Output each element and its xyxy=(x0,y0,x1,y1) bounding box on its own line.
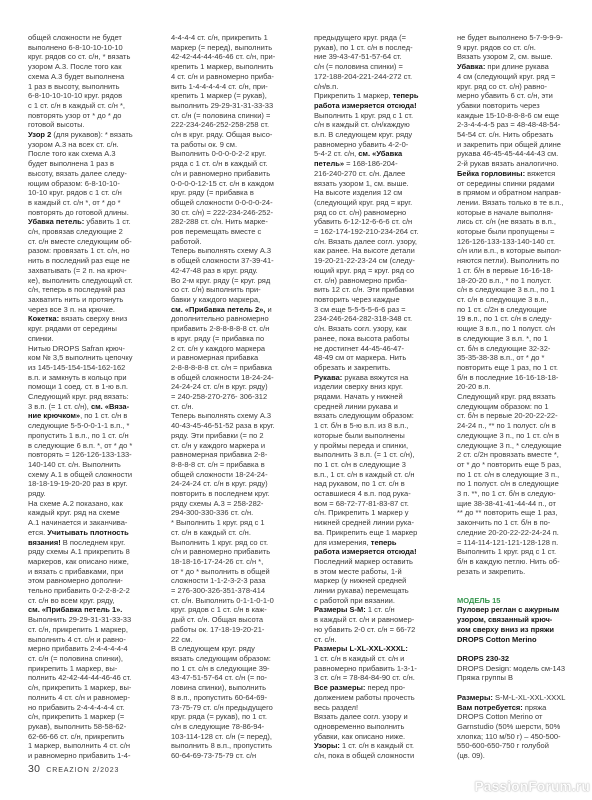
text-run: В последнем круг. ряду схемы А.1 прикреп… xyxy=(28,538,130,605)
text-column-2: 4-4-4-4 ст. с/н, прикрепить 1 маркер (= … xyxy=(171,33,305,761)
text-run: Последний маркер оставить в этом месте р… xyxy=(314,557,413,605)
bold-text-run: Узоры: xyxy=(314,741,340,750)
text-run: = 168-186-204- 216-240-270 ст. с/н. Дале… xyxy=(314,159,419,372)
text-run: , по 1 ст. с/н в следующие 5-5-0-0-1-1 в… xyxy=(28,411,132,536)
bold-text-run: см. «Прибавка петель 1». xyxy=(28,605,122,614)
bold-text-run: DROPS 230-32 xyxy=(457,654,509,663)
text-run: 4-4-4-4 ст. с/н, прикрепить 1 маркер (= … xyxy=(171,33,275,304)
bold-text-run: Узор 2 xyxy=(28,130,51,139)
text-run: предыдущего круг. ряда (= рукав), по 1 с… xyxy=(314,33,413,100)
text-run: 1 ст. с/н в каждый ст. с/н и равномерно … xyxy=(314,654,417,682)
bold-text-run: Убавка: xyxy=(457,62,485,71)
text-column-3: предыдущего круг. ряда (= рукав), по 1 с… xyxy=(314,33,448,761)
text-run: (для рукавов): * вязать узором А.3 на вс… xyxy=(28,130,133,217)
bold-text-run: Размеры: xyxy=(457,693,493,702)
text-run: при длине рукава 4 см (следующий круг. р… xyxy=(457,62,561,168)
bold-text-run: Размеры S-M: xyxy=(314,605,366,614)
text-run: убавить 1 ст. с/н, провязав следующие 2 … xyxy=(28,217,133,313)
text-run: Выполнить 29-29-31-31-33-33 ст. с/н, при… xyxy=(28,615,131,760)
text-run: DROPS Design: модель см-143 Пряжа группы… xyxy=(457,664,565,683)
text-run: вязать сверху вниз круг. рядами от серед… xyxy=(28,314,132,410)
text-column-1: общей сложности не будет выполнено 6-8-1… xyxy=(28,33,162,761)
bold-text-run: Все размеры: xyxy=(314,683,365,692)
page-number: 30 xyxy=(28,763,40,775)
watermark-text: PassionForum.ru xyxy=(474,779,590,794)
text-run: общей сложности не будет выполнено 6-8-1… xyxy=(28,33,130,129)
bold-text-run: Кокетка: xyxy=(28,314,59,323)
magazine-title: CREAZION 2/2023 xyxy=(46,767,119,774)
magazine-page: общей сложности не будет выполнено 6-8-1… xyxy=(0,0,592,800)
bold-text-run: Убавка петель: xyxy=(28,217,84,226)
bold-text-run: Рукава: xyxy=(314,373,342,382)
bold-text-run: см. «Прибавка петель 2», xyxy=(171,305,265,314)
page-footer: 30 CREAZION 2/2023 xyxy=(28,763,119,775)
section-heading: МОДЕЛЬ 15 xyxy=(457,596,500,605)
text-run: рукава вяжутся на изделии сверху вниз кр… xyxy=(314,373,417,547)
bold-text-run: Пуловер реглан с ажурным узором, связанн… xyxy=(457,605,559,643)
text-run: не будет выполнено 5-7-9-9-9- 9 круг. ря… xyxy=(457,33,563,61)
text-column-4: не будет выполнено 5-7-9-9-9- 9 круг. ря… xyxy=(457,33,591,761)
text-run: и дополнительно равномерно прибавить 2-8… xyxy=(171,305,275,760)
bold-text-run: Бейка горловины: xyxy=(457,169,525,178)
text-run: вяжется от середины спинки рядами в прям… xyxy=(457,169,563,576)
text-columns: общей сложности не будет выполнено 6-8-1… xyxy=(28,33,591,761)
text-run: S-M-L-XL-XXL-XXXL xyxy=(493,693,566,702)
bold-text-run: Размеры L-XL-XXL-XXXL: xyxy=(314,644,408,653)
bold-text-run: Вам потребуется: xyxy=(457,703,523,712)
